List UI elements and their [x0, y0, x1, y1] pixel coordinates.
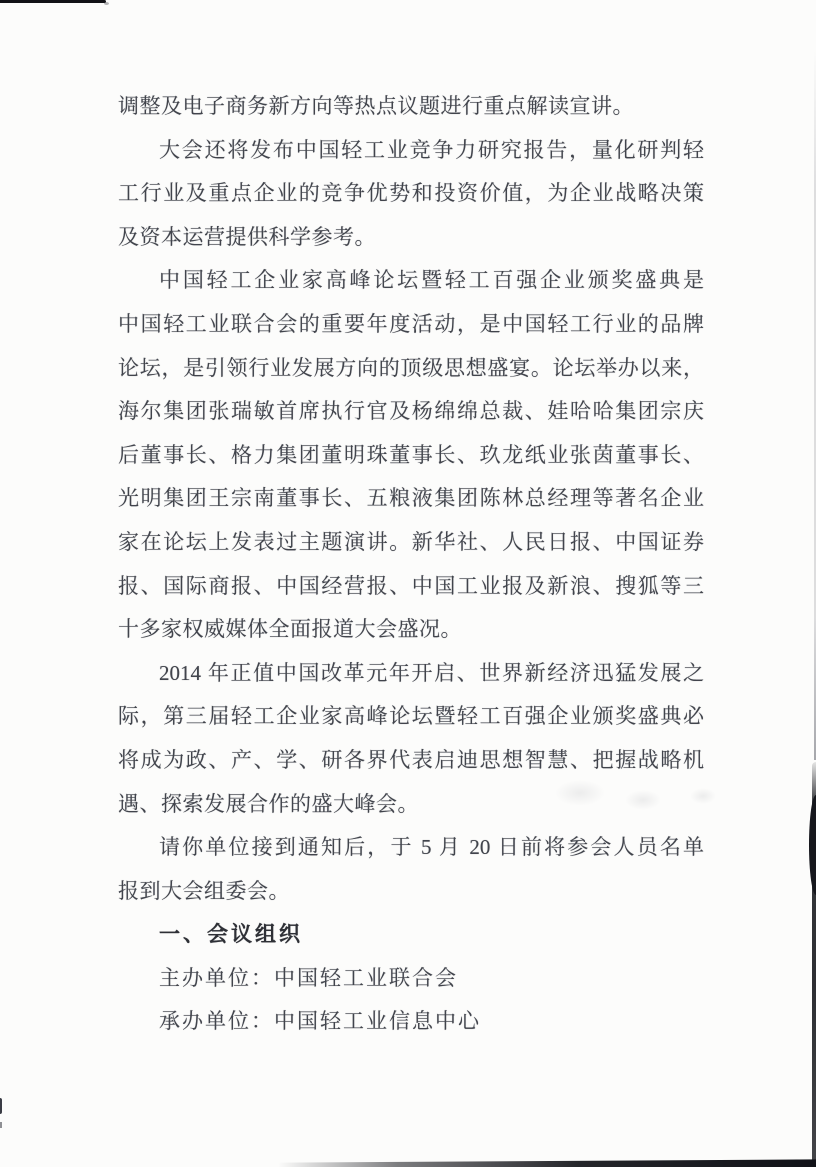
organizer-unit-line: 承办单位：中国轻工业信息中心 [118, 1000, 704, 1044]
body-text-line: 光明集团王宗南董事长、五粮液集团陈林总经理等著名企业 [118, 477, 704, 521]
host-unit-line: 主办单位：中国轻工业联合会 [118, 957, 704, 1001]
body-text-line: 中国轻工业联合会的重要年度活动，是中国轻工行业的品牌 [118, 303, 704, 347]
scan-artifact-left-edge-mark [0, 1098, 2, 1114]
body-text-line: 调整及电子商务新方向等热点议题进行重点解读宣讲。 [118, 85, 704, 129]
body-text-line: 后董事长、格力集团董明珠董事长、玖龙纸业张茵董事长、 [118, 434, 704, 478]
scan-artifact-right-edge-bulge [809, 795, 816, 895]
body-text-line: 论坛，是引领行业发展方向的顶级思想盛宴。论坛举办以来， [118, 347, 704, 391]
body-text-line: 报、国际商报、中国经营报、中国工业报及新浪、搜狐等三 [118, 565, 704, 609]
body-text-line: 海尔集团张瑞敏首席执行官及杨绵绵总裁、娃哈哈集团宗庆 [118, 390, 704, 434]
body-text-line: 请你单位接到通知后，于 5 月 20 日前将参会人员名单 [118, 826, 704, 870]
body-text-line: 家在论坛上发表过主题演讲。新华社、人民日报、中国证券 [118, 521, 704, 565]
body-text-line: 遇、探索发展合作的盛大峰会。 [118, 783, 704, 827]
body-text-line: 将成为政、产、学、研各界代表启迪思想智慧、把握战略机 [118, 739, 704, 783]
scan-artifact-top-left-bar [0, 0, 106, 3]
body-text-line: 十多家权威媒体全面报道大会盛况。 [118, 608, 704, 652]
document-body: 调整及电子商务新方向等热点议题进行重点解读宣讲。 大会还将发布中国轻工业竞争力研… [118, 85, 704, 1044]
body-text-line: 工行业及重点企业的竞争优势和投资价值，为企业战略决策 [118, 172, 704, 216]
section-heading-meeting-organization: 一、会议组织 [118, 913, 704, 957]
scan-artifact-right-edge-dark [812, 762, 816, 1167]
body-text-line: 2014 年正值中国改革元年开启、世界新经济迅猛发展之 [118, 652, 704, 696]
body-text-line: 大会还将发布中国轻工业竞争力研究报告，量化研判轻 [118, 129, 704, 173]
scanned-document-page: 调整及电子商务新方向等热点议题进行重点解读宣讲。 大会还将发布中国轻工业竞争力研… [0, 0, 816, 1167]
body-text-line: 际，第三届轻工企业家高峰论坛暨轻工百强企业颁奖盛典必 [118, 695, 704, 739]
scan-artifact-left-edge-mark-small [0, 1122, 2, 1128]
scan-artifact-top-left-speck [104, 2, 109, 5]
body-text-line: 及资本运营提供科学参考。 [118, 216, 704, 260]
body-text-line: 报到大会组委会。 [118, 870, 704, 914]
scan-artifact-bottom-edge [278, 1159, 816, 1167]
body-text-line: 中国轻工企业家高峰论坛暨轻工百强企业颁奖盛典是 [118, 259, 704, 303]
